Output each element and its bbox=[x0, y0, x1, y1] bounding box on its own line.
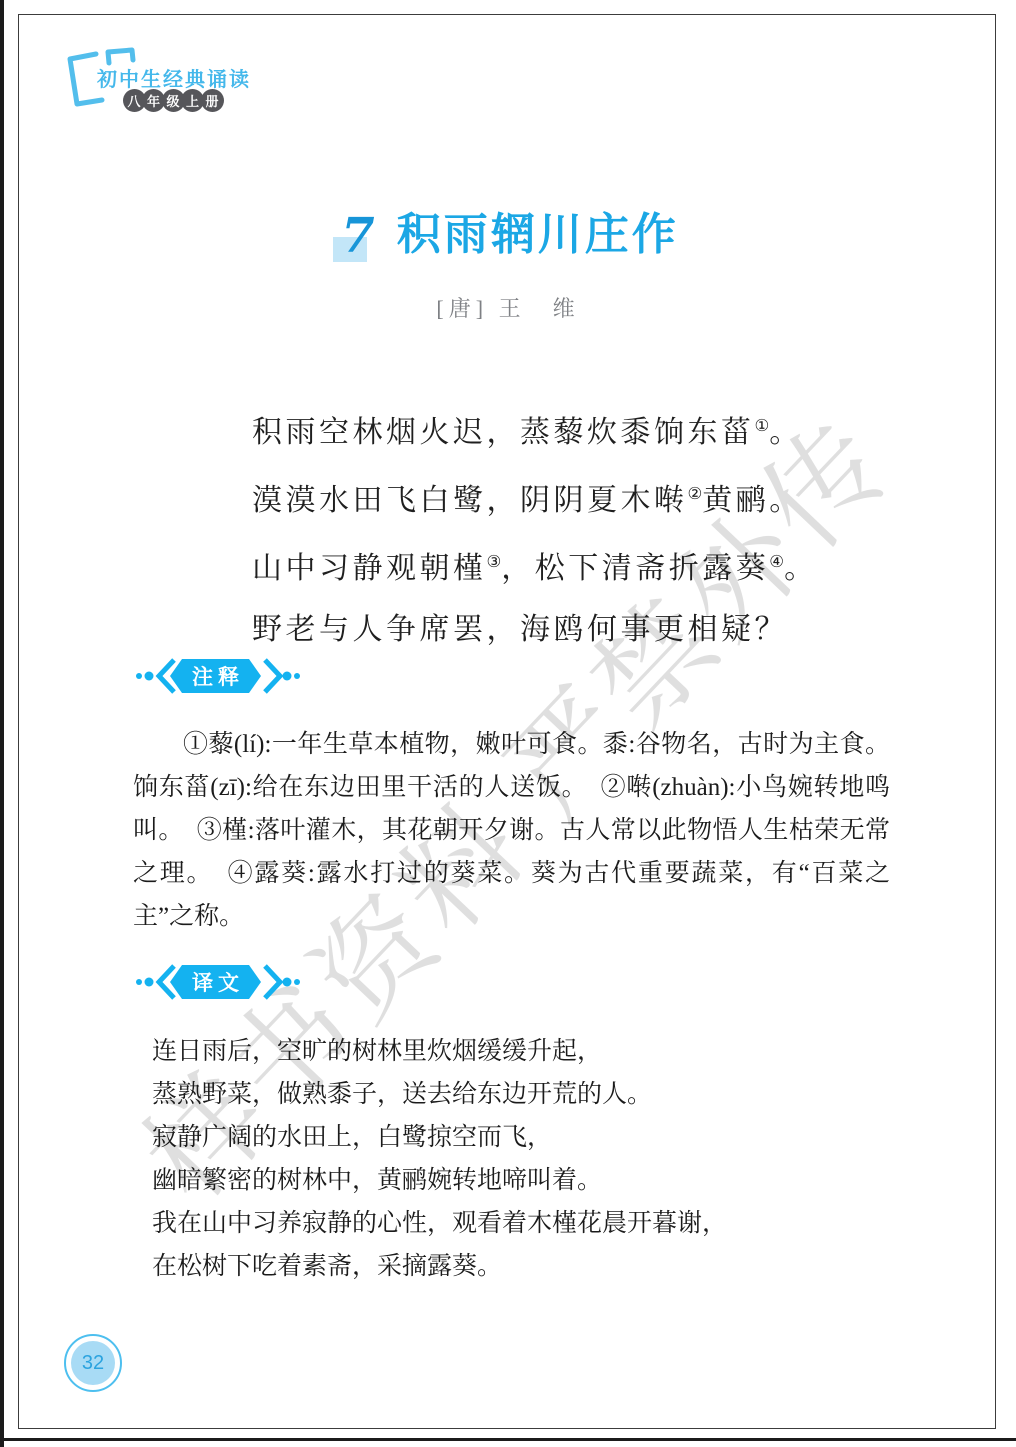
ornament-dot bbox=[283, 978, 292, 987]
translation-line: 我在山中习养寂静的心性，观看着木槿花晨开暮谢， bbox=[152, 1202, 892, 1245]
series-title: 初中生经典诵读 bbox=[97, 63, 251, 92]
lesson-header: 7 积雨辋川庄作 bbox=[0, 210, 1016, 262]
poem-line: 积雨空林烟火迟，蒸藜炊黍饷东菑①。 bbox=[252, 395, 818, 463]
poem-line: 野老与人争席罢，海鸥何事更相疑？ bbox=[252, 599, 818, 660]
series-logo: 初中生经典诵读 八 年 级 上 册 bbox=[62, 46, 302, 126]
volume-badge-circle: 册 bbox=[201, 89, 224, 112]
notes-badge: 注释 bbox=[135, 656, 301, 701]
translation-line: 连日雨后，空旷的树林里炊烟缓缓升起， bbox=[152, 1030, 892, 1073]
translation: 连日雨后，空旷的树林里炊烟缓缓升起， 蒸熟野菜，做熟黍子，送去给东边开荒的人。 … bbox=[152, 1030, 892, 1288]
translation-badge: 译文 bbox=[135, 962, 301, 1007]
translation-badge-label: 译文 bbox=[192, 972, 244, 995]
lesson-title: 积雨辋川庄作 bbox=[397, 210, 679, 260]
right-chevron-icon bbox=[265, 966, 280, 998]
translation-line: 蒸熟野菜，做熟黍子，送去给东边开荒的人。 bbox=[152, 1073, 892, 1116]
notes-text: ①藜(lí):一年生草本植物，嫩叶可食。黍:谷物名，古时为主食。饷东菑(zī):… bbox=[133, 723, 890, 938]
translation-line: 在松树下吃着素斋，采摘露葵。 bbox=[152, 1245, 892, 1288]
scan-edge-bottom bbox=[0, 1438, 1016, 1441]
ornament-dot bbox=[283, 672, 292, 681]
translation-badge-ornament: 译文 bbox=[135, 962, 301, 1002]
page-number: 32 bbox=[71, 1341, 115, 1385]
ornament-dot bbox=[136, 979, 142, 985]
notes-badge-label: 注释 bbox=[192, 666, 244, 689]
poem-line: 山中习静观朝槿③，松下清斋折露葵④。 bbox=[252, 531, 818, 599]
ornament-dot bbox=[145, 672, 154, 681]
translation-line: 寂静广阔的水田上，白鹭掠空而飞， bbox=[152, 1116, 892, 1159]
volume-badge: 八 年 级 上 册 bbox=[126, 89, 224, 112]
ornament-dot bbox=[136, 673, 142, 679]
right-chevron-icon bbox=[265, 660, 280, 692]
ornament-dot bbox=[294, 673, 300, 679]
page-number-badge: 32 bbox=[64, 1334, 122, 1392]
ornament-dot bbox=[145, 978, 154, 987]
lesson-number: 7 bbox=[337, 210, 378, 262]
book-page: 样书资料 严禁外传 初中生经典诵读 八 年 级 上 册 7 积雨辋川庄作 [唐]… bbox=[0, 0, 1016, 1447]
notes-badge-ornament: 注释 bbox=[135, 656, 301, 696]
poem: 积雨空林烟火迟，蒸藜炊黍饷东菑①。 漠漠水田飞白鹭，阴阴夏木啭②黄鹂。 山中习静… bbox=[252, 395, 818, 660]
poem-author: [唐] 王 维 bbox=[0, 292, 1016, 323]
poem-line: 漠漠水田飞白鹭，阴阴夏木啭②黄鹂。 bbox=[252, 463, 818, 531]
translation-line: 幽暗繁密的树林中，黄鹂婉转地啼叫着。 bbox=[152, 1159, 892, 1202]
ornament-dot bbox=[294, 979, 300, 985]
scan-edge-left bbox=[0, 0, 4, 1447]
